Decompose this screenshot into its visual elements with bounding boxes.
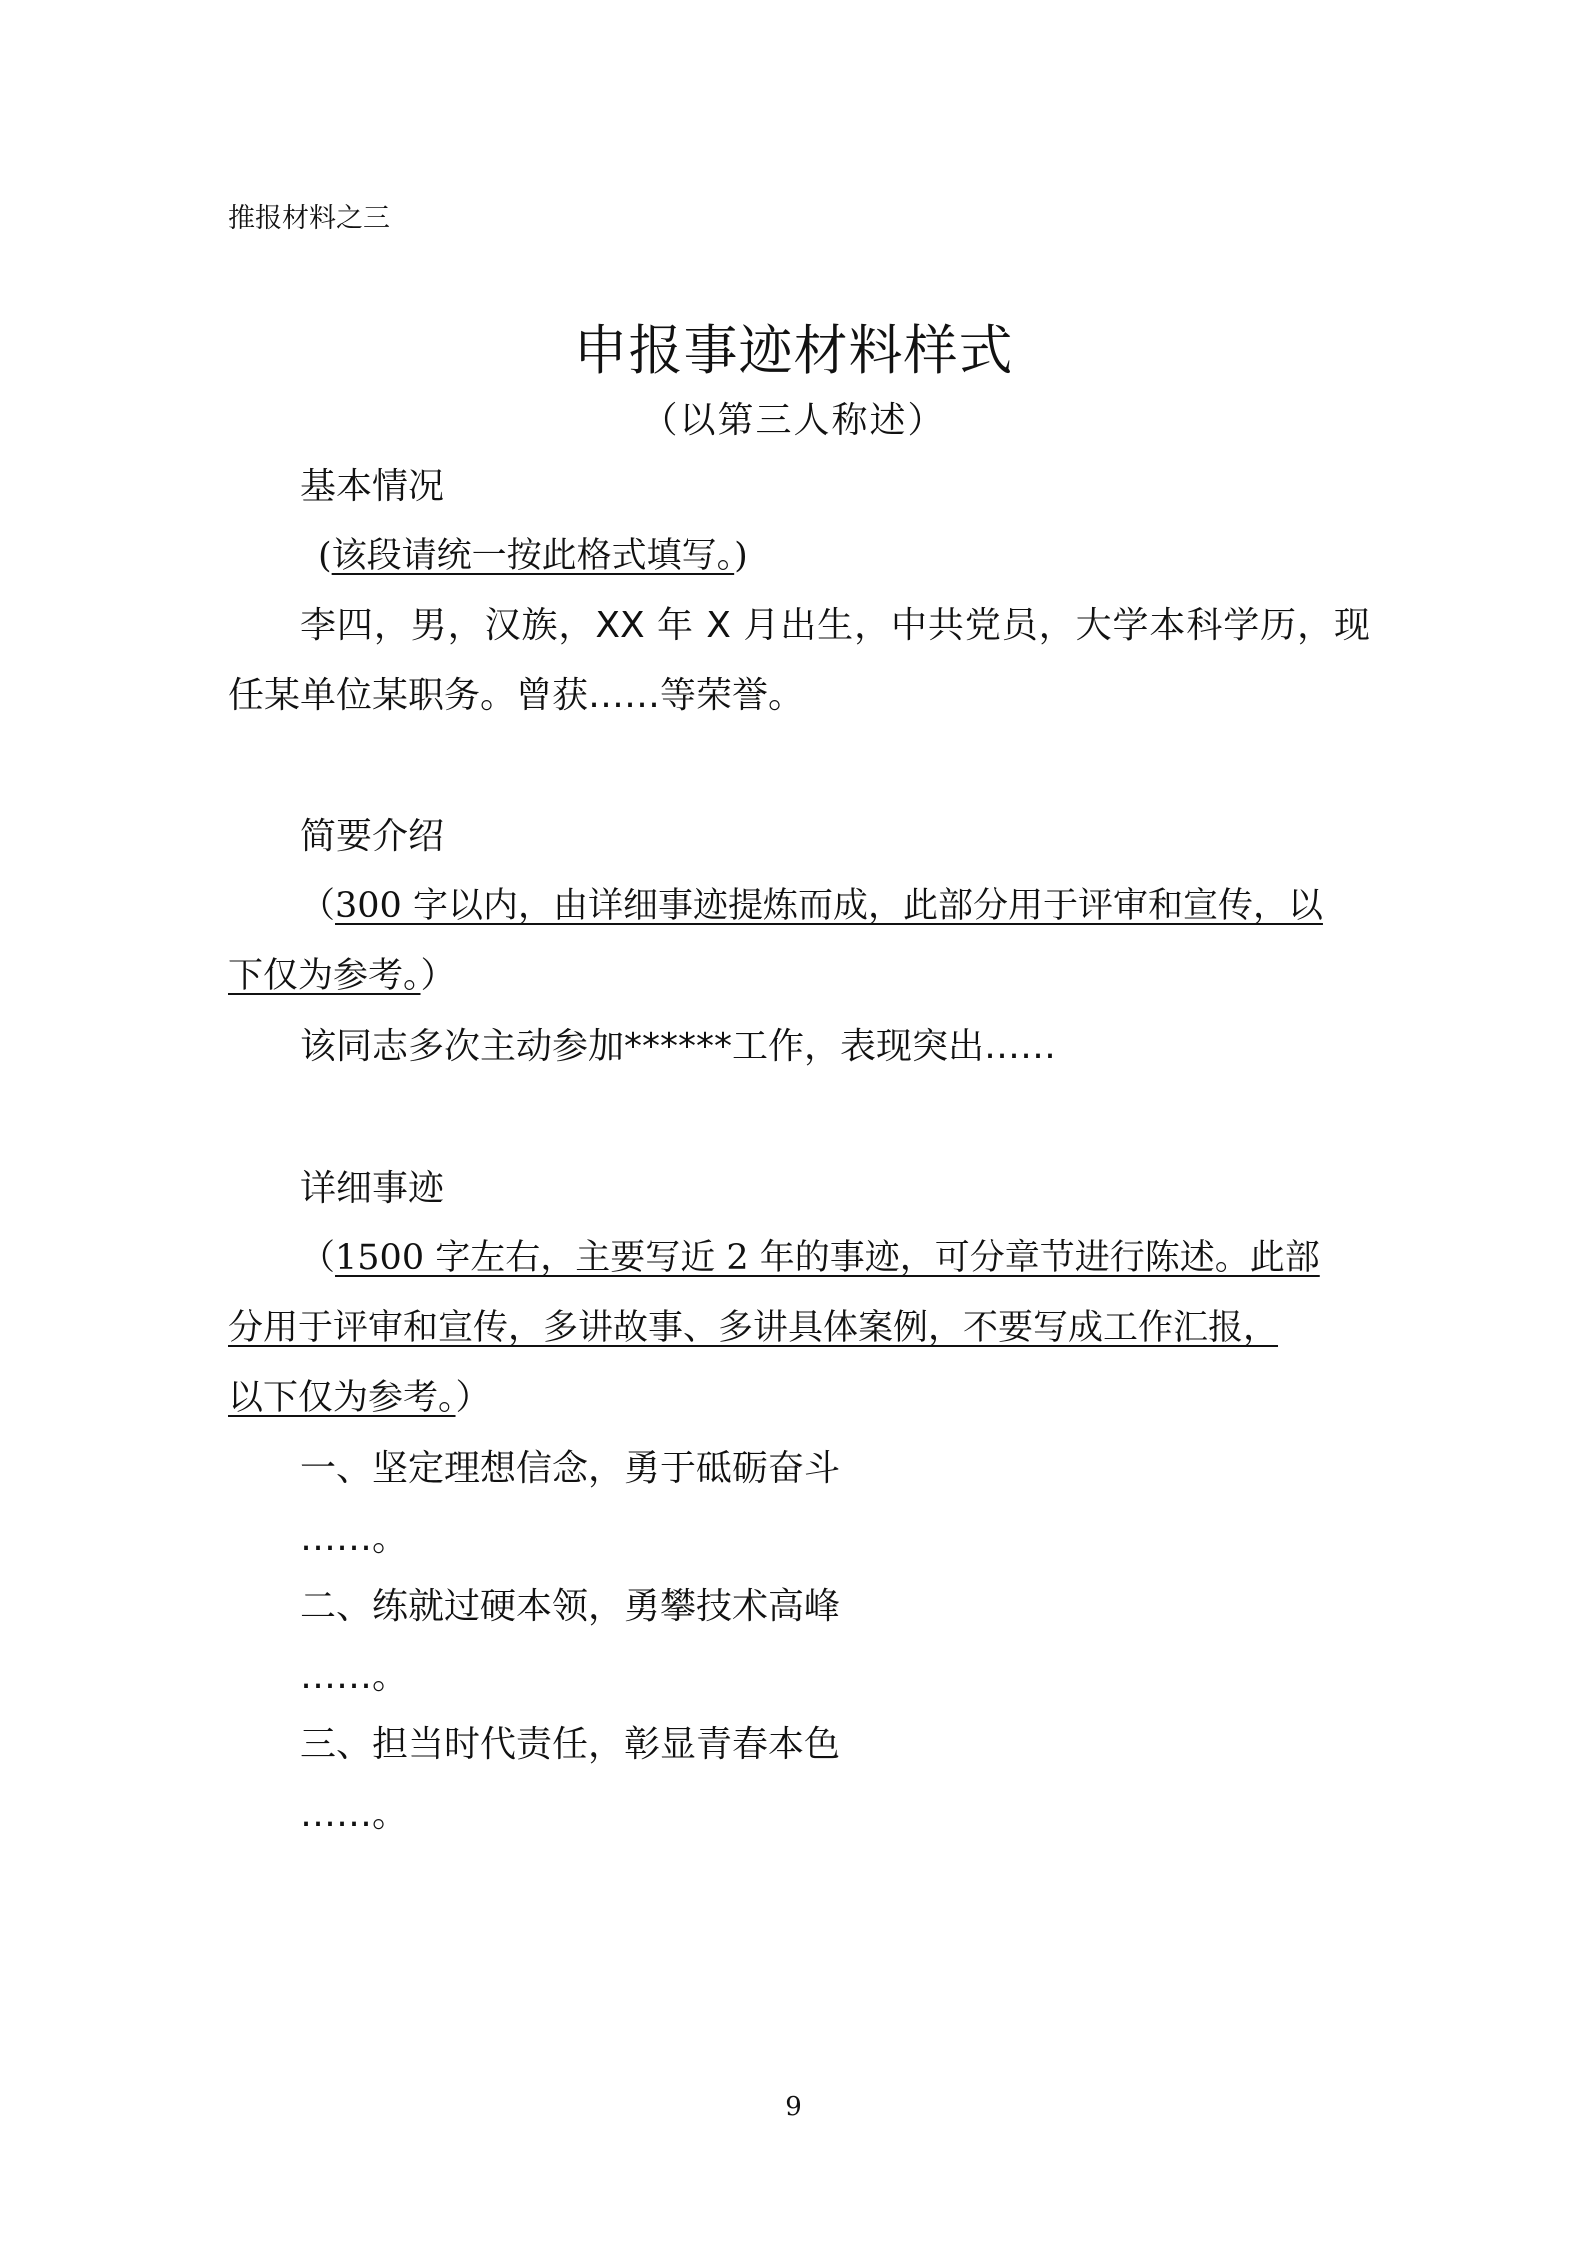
- basic-para-line1: 李四，男，汉族，XX 年 X 月出生，中共党员，大学本科学历，现: [228, 597, 1370, 648]
- basic-note-open: (: [318, 536, 332, 576]
- detail-note-line2: 分用于评审和宣传，多讲故事、多讲具体案例，不要写成工作汇报，: [228, 1300, 1278, 1350]
- basic-note: (该段请统一按此格式填写。): [318, 528, 748, 578]
- summary-note-line1: （300 字以内，由详细事迹提炼而成，此部分用于评审和宣传，以: [300, 878, 1370, 928]
- summary-note-close: ）: [421, 956, 456, 996]
- detail-note-text-1: 1500 字左右，主要写近 2 年的事迹，可分章节进行陈述。此部: [335, 1238, 1320, 1278]
- detail-note-close: ）: [456, 1378, 491, 1418]
- detail-item-3-title: 三、担当时代责任，彰显青春本色: [300, 1716, 840, 1767]
- page-subtitle: （以第三人称述）: [0, 392, 1587, 443]
- detail-item-1-title: 一、坚定理想信念，勇于砥砺奋斗: [300, 1440, 840, 1491]
- page-title: 申报事迹材料样式: [0, 308, 1587, 385]
- summary-note-open: （: [300, 886, 335, 926]
- detail-note-text-2: 分用于评审和宣传，多讲故事、多讲具体案例，不要写成工作汇报，: [228, 1308, 1278, 1348]
- summary-para: 该同志多次主动参加******工作，表现突出……: [300, 1018, 1056, 1069]
- section-heading-basic: 基本情况: [300, 458, 444, 509]
- summary-note-line2: 下仅为参考。）: [228, 948, 456, 998]
- section-heading-summary: 简要介绍: [300, 808, 444, 859]
- basic-note-close: ): [734, 536, 748, 576]
- detail-item-1-body: ……。: [300, 1510, 408, 1561]
- header-note: 推报材料之三: [228, 196, 390, 235]
- summary-note-text-1: 300 字以内，由详细事迹提炼而成，此部分用于评审和宣传，以: [335, 886, 1323, 926]
- basic-para-line2: 任某单位某职务。曾获……等荣誉。: [228, 667, 804, 718]
- detail-note-text-3: 以下仅为参考。: [228, 1378, 456, 1418]
- page-number: 9: [0, 2092, 1587, 2122]
- summary-note-text-2: 下仅为参考。: [228, 956, 421, 996]
- detail-item-2-title: 二、练就过硬本领，勇攀技术高峰: [300, 1578, 840, 1629]
- document-page: 推报材料之三 申报事迹材料样式 （以第三人称述） 基本情况 (该段请统一按此格式…: [0, 0, 1587, 2245]
- section-heading-detail: 详细事迹: [300, 1160, 444, 1211]
- basic-note-text: 该段请统一按此格式填写。: [332, 536, 735, 576]
- detail-item-2-body: ……。: [300, 1648, 408, 1699]
- detail-note-open: （: [300, 1238, 335, 1278]
- detail-note-line3: 以下仅为参考。）: [228, 1370, 491, 1420]
- detail-note-line1: （1500 字左右，主要写近 2 年的事迹，可分章节进行陈述。此部: [300, 1230, 1370, 1280]
- detail-item-3-body: ……。: [300, 1786, 408, 1837]
